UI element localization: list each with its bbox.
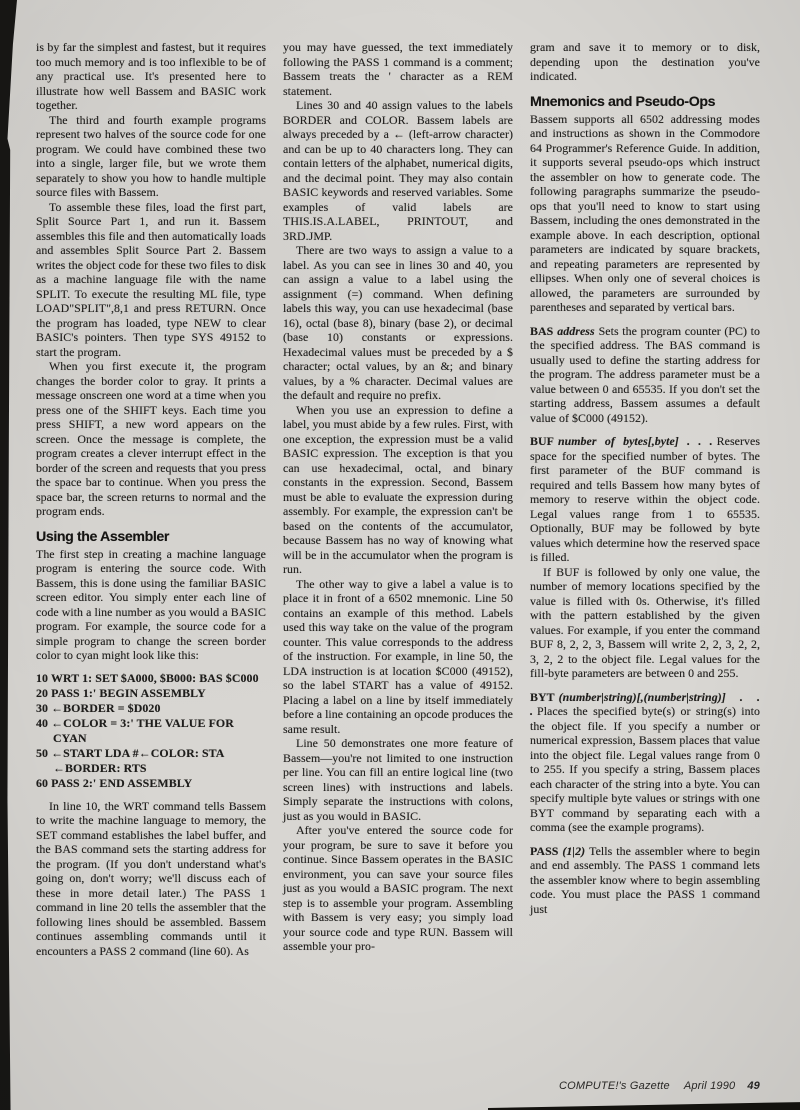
paragraph: After you've entered the source code for… bbox=[283, 823, 513, 954]
column-1: is by far the simplest and fastest, but … bbox=[36, 40, 266, 958]
scan-shadow-bottom-edge bbox=[488, 1101, 800, 1110]
paragraph: Lines 30 and 40 assign values to the lab… bbox=[283, 98, 513, 243]
pseudo-op-param: address bbox=[557, 324, 594, 338]
page-number: 49 bbox=[747, 1080, 760, 1092]
code-line: 10 WRT 1: SET $A000, $B000: BAS $C000 bbox=[36, 671, 266, 686]
basic-code-listing: 10 WRT 1: SET $A000, $B000: BAS $C000 20… bbox=[36, 671, 266, 791]
paragraph: Bassem supports all 6502 addressing mode… bbox=[530, 112, 760, 315]
page-footer: COMPUTE!'s GazetteApril 199049 bbox=[559, 1080, 760, 1092]
column-3: gram and save it to memory or to disk, d… bbox=[530, 40, 760, 958]
pseudo-op-entry-byt: BYT(number|string)[,(number|string)] . .… bbox=[530, 690, 760, 835]
section-heading-using-the-assembler: Using the Assembler bbox=[36, 529, 266, 545]
pseudo-op-entry-buf: BUFnumber of bytes[,byte] . . .Reserves … bbox=[530, 434, 760, 565]
pseudo-op-name: BAS bbox=[530, 324, 553, 338]
paragraph: Line 50 demonstrates one more feature of… bbox=[283, 736, 513, 823]
pseudo-op-description: Places the specified byte(s) or string(s… bbox=[530, 704, 760, 834]
paragraph: The third and fourth example programs re… bbox=[36, 113, 266, 200]
paragraph: In line 10, the WRT command tells Bassem… bbox=[36, 799, 266, 959]
code-line: 50 ←START LDA #←COLOR: STA ←BORDER: RTS bbox=[36, 746, 266, 776]
paragraph: gram and save it to memory or to disk, d… bbox=[530, 40, 760, 84]
paragraph: The other way to give a label a value is… bbox=[283, 577, 513, 737]
paragraph: If BUF is followed by only one value, th… bbox=[530, 565, 760, 681]
pseudo-op-name: PASS bbox=[530, 844, 558, 858]
paragraph: you may have guessed, the text immediate… bbox=[283, 40, 513, 98]
code-line: 20 PASS 1:' BEGIN ASSEMBLY bbox=[36, 686, 266, 701]
magazine-title: COMPUTE!'s Gazette bbox=[559, 1080, 670, 1092]
pseudo-op-description: Reserves space for the specified number … bbox=[530, 434, 760, 564]
paragraph: To assemble these files, load the first … bbox=[36, 200, 266, 360]
column-2: you may have guessed, the text immediate… bbox=[283, 40, 513, 958]
pseudo-op-name: BYT bbox=[530, 690, 555, 704]
issue-date: April 1990 bbox=[684, 1080, 736, 1092]
code-line: 60 PASS 2:' END ASSEMBLY bbox=[36, 776, 266, 791]
paragraph: The first step in creating a machine lan… bbox=[36, 547, 266, 663]
paragraph: When you use an expression to define a l… bbox=[283, 403, 513, 577]
pseudo-op-name: BUF bbox=[530, 434, 554, 448]
section-heading-mnemonics-and-pseudo-ops: Mnemonics and Pseudo-Ops bbox=[530, 94, 760, 110]
pseudo-op-description: Sets the program counter (PC) to the spe… bbox=[530, 324, 760, 425]
pseudo-op-entry-bas: BASaddressSets the program counter (PC) … bbox=[530, 324, 760, 426]
paragraph: is by far the simplest and fastest, but … bbox=[36, 40, 266, 113]
pseudo-op-entry-pass: PASS(1|2)Tells the assembler where to be… bbox=[530, 844, 760, 917]
code-line: 30 ←BORDER = $D020 bbox=[36, 701, 266, 716]
paragraph: There are two ways to assign a value to … bbox=[283, 243, 513, 403]
paragraph: When you first execute it, the program c… bbox=[36, 359, 266, 519]
code-line: 40 ←COLOR = 3:' THE VALUE FOR CYAN bbox=[36, 716, 266, 746]
pseudo-op-param: (1|2) bbox=[562, 844, 585, 858]
magazine-page: is by far the simplest and fastest, but … bbox=[0, 0, 800, 958]
pseudo-op-param: number of bytes[,byte] . . . bbox=[558, 434, 713, 448]
